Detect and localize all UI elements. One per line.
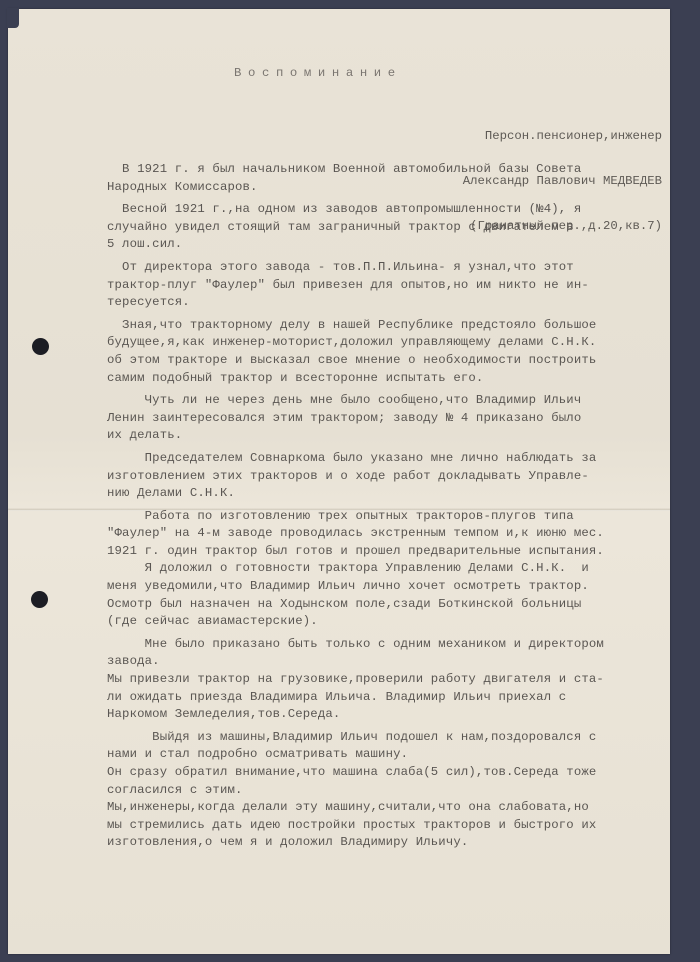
text-line: мы стремились дать идею постройки просты… xyxy=(107,817,667,835)
paragraph: Чуть ли не через день мне было сообщено,… xyxy=(107,392,667,445)
text-line: 1921 г. один трактор был готов и прошел … xyxy=(107,543,667,561)
text-line: самим подобный трактор и всесторонне исп… xyxy=(107,370,667,388)
text-line: Работа по изготовлению трех опытных трак… xyxy=(107,508,667,526)
paragraph: От директора этого завода - тов.П.П.Ильи… xyxy=(107,259,667,312)
text-line: будущее,я,как инженер-моторист,доложил у… xyxy=(107,334,667,352)
text-line: "Фаулер" на 4-м заводе проводилась экстр… xyxy=(107,525,667,543)
text-line: Я доложил о готовности трактора Управлен… xyxy=(107,560,667,578)
document-body: В 1921 г. я был начальником Военной авто… xyxy=(107,161,667,852)
torn-corner xyxy=(7,8,19,28)
document-title: Воспоминание xyxy=(234,66,402,80)
text-line: Он сразу обратил внимание,что машина сла… xyxy=(107,764,667,782)
text-line: В 1921 г. я был начальником Военной авто… xyxy=(107,161,667,179)
text-line: Мне было приказано быть только с одним м… xyxy=(107,636,667,654)
text-line: Мы,инженеры,когда делали эту машину,счит… xyxy=(107,799,667,817)
text-line: об этом тракторе и высказал свое мнение … xyxy=(107,352,667,370)
text-line: нами и стал подробно осматривать машину. xyxy=(107,746,667,764)
text-line: трактор-плуг "Фаулер" был привезен для о… xyxy=(107,277,667,295)
text-line: согласился с этим. xyxy=(107,782,667,800)
text-line: Зная,что тракторному делу в нашей Респуб… xyxy=(107,317,667,335)
text-line: меня уведомили,что Владимир Ильич лично … xyxy=(107,578,667,596)
text-line: случайно увидел стоящий там заграничный … xyxy=(107,219,667,237)
paragraph: Мне было приказано быть только с одним м… xyxy=(107,636,667,724)
text-line: тересуется. xyxy=(107,294,667,312)
text-line: Наркомом Земледелия,тов.Середа. xyxy=(107,706,667,724)
paragraph: Работа по изготовлению трех опытных трак… xyxy=(107,508,667,631)
text-line: 5 лош.сил. xyxy=(107,236,667,254)
punch-hole-icon xyxy=(32,338,49,355)
text-line: Мы привезли трактор на грузовике,провери… xyxy=(107,671,667,689)
punch-hole-icon xyxy=(31,591,48,608)
text-line: их делать. xyxy=(107,427,667,445)
text-line: ли ожидать приезда Владимира Ильича. Вла… xyxy=(107,689,667,707)
paragraph: Выйдя из машины,Владимир Ильич подошел к… xyxy=(107,729,667,852)
text-line: Ленин заинтересовался этим трактором; за… xyxy=(107,410,667,428)
text-line: Чуть ли не через день мне было сообщено,… xyxy=(107,392,667,410)
text-line: Осмотр был назначен на Ходынском поле,сз… xyxy=(107,596,667,614)
paragraph: В 1921 г. я был начальником Военной авто… xyxy=(107,161,667,196)
text-line: Народных Комиссаров. xyxy=(107,179,667,197)
paragraph: Председателем Совнаркома было указано мн… xyxy=(107,450,667,503)
text-line: завода. xyxy=(107,653,667,671)
paragraph: Зная,что тракторному делу в нашей Респуб… xyxy=(107,317,667,387)
author-status: Персон.пенсионер,инженер xyxy=(463,129,662,144)
text-line: нию Делами С.Н.К. xyxy=(107,485,667,503)
text-line: От директора этого завода - тов.П.П.Ильи… xyxy=(107,259,667,277)
text-line: Выйдя из машины,Владимир Ильич подошел к… xyxy=(107,729,667,747)
text-line: (где сейчас авиамастерские). xyxy=(107,613,667,631)
text-line: Весной 1921 г.,на одном из заводов автоп… xyxy=(107,201,667,219)
text-line: изготовлением этих тракторов и о ходе ра… xyxy=(107,468,667,486)
text-line: изготовления,о чем я и доложил Владимиру… xyxy=(107,834,667,852)
paragraph: Весной 1921 г.,на одном из заводов автоп… xyxy=(107,201,667,254)
text-line: Председателем Совнаркома было указано мн… xyxy=(107,450,667,468)
